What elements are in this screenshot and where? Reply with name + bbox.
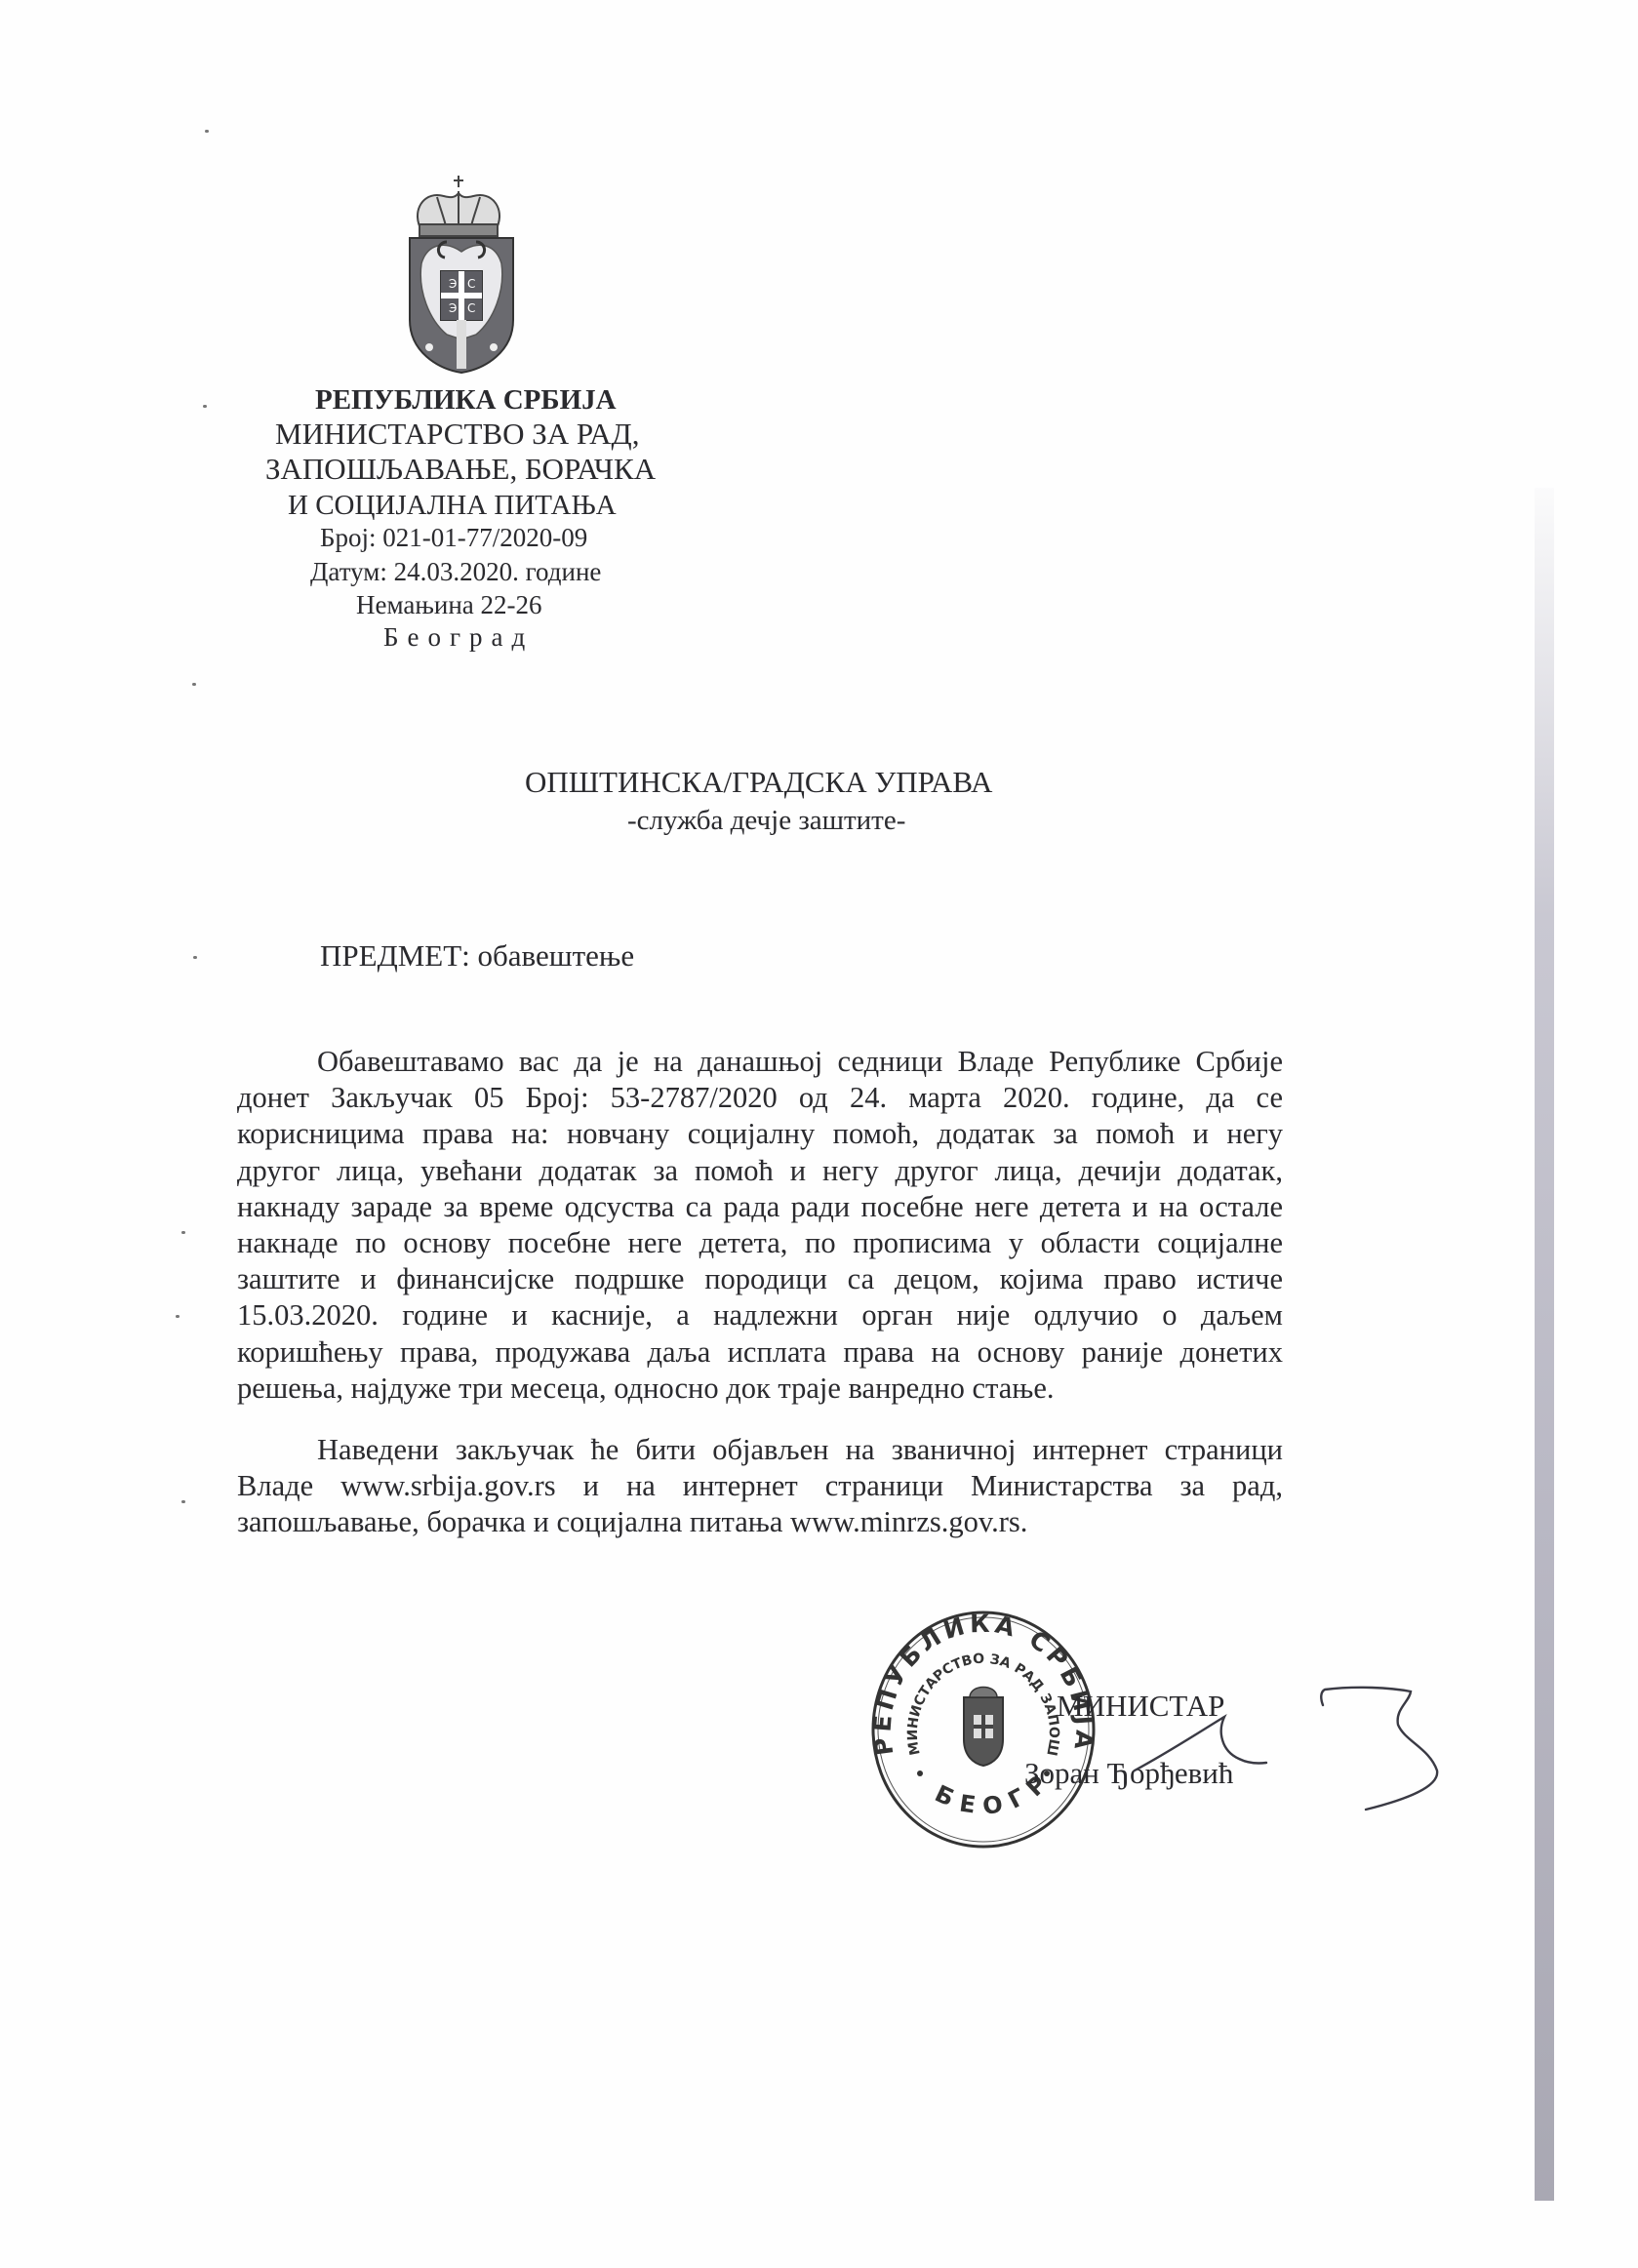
scan-speck: [193, 956, 197, 959]
serbian-coat-of-arms-icon: Э С Э С: [408, 174, 515, 374]
scan-speck: [205, 130, 209, 133]
body-paragraph-1: Обавештавамо вас да је на данашњој седни…: [237, 1044, 1283, 1407]
svg-text:С: С: [467, 301, 475, 315]
scan-speck: [176, 1315, 180, 1318]
ministry-name-line3: И СОЦИЈАЛНА ПИТАЊА: [288, 491, 617, 520]
scanned-letter-page: Э С Э С РЕПУБЛИКА СРБИЈА МИНИСТАРСТВО ЗА…: [0, 0, 1638, 2268]
body-text-line: Владе www.srbija.gov.rs и на интернет ст…: [237, 1468, 1283, 1504]
body-text-line: решења, најдуже три месеца, односно док …: [237, 1371, 1283, 1407]
document-date: Датум: 24.03.2020. године: [310, 557, 601, 586]
scan-edge-artifact: [1535, 488, 1554, 2201]
handwritten-signature-icon: [1112, 1658, 1463, 1834]
body-text-line: накнаду зараде за време одсуства са рада…: [237, 1189, 1283, 1225]
body-text-line: заштите и финансијске подршке породици с…: [237, 1261, 1283, 1297]
ministry-name-line1: МИНИСТАРСТВО ЗА РАД,: [275, 419, 639, 449]
subject-line: ПРЕДМЕТ: обавештење: [320, 940, 634, 971]
addressee-department: -служба дечје заштите-: [627, 806, 905, 836]
ministry-city: Београд: [383, 622, 534, 652]
scan-speck: [181, 1231, 185, 1234]
svg-text:Э: Э: [449, 301, 457, 315]
country-name: РЕПУБЛИКА СРБИЈА: [315, 385, 617, 415]
body-text-line: корисницима права на: новчану социјалну …: [237, 1116, 1283, 1152]
body-text-line: донет Закључак 05 Број: 53-2787/2020 од …: [237, 1080, 1283, 1116]
body-text-line: 15.03.2020. године и касније, а надлежни…: [237, 1297, 1283, 1333]
svg-text:С: С: [467, 277, 475, 291]
official-round-stamp-icon: РЕПУБЛИКА СРБИЈА МИНИСТАРСТВО ЗА РАД ЗАП…: [866, 1608, 1100, 1851]
body-text-line: Обавештавамо вас да је на данашњој седни…: [237, 1044, 1283, 1080]
scan-speck: [192, 683, 196, 686]
body-text-line: другог лица, увећани додатак за помоћ и …: [237, 1153, 1283, 1189]
body-text-line: Наведени закључак ће бити објављен на зв…: [237, 1432, 1283, 1468]
body-text-line: запошљавање, борачка и социјална питања …: [237, 1504, 1283, 1540]
body-text-line: коришћењу права, продужава даља исплата …: [237, 1334, 1283, 1371]
svg-text:Э: Э: [449, 277, 457, 291]
addressee-office: ОПШТИНСКА/ГРАДСКА УПРАВА: [525, 767, 992, 797]
ministry-name-line2: ЗАПОШЉАВАЊЕ, БОРАЧКА: [265, 455, 656, 484]
body-text-line: накнаде по основу посебне неге детета, п…: [237, 1225, 1283, 1261]
ministry-address: Немањина 22-26: [356, 590, 542, 619]
body-paragraph-2: Наведени закључак ће бити објављен на зв…: [237, 1432, 1283, 1541]
scan-speck: [181, 1500, 185, 1503]
scan-speck: [203, 405, 207, 408]
document-number: Број: 021-01-77/2020-09: [320, 523, 587, 552]
